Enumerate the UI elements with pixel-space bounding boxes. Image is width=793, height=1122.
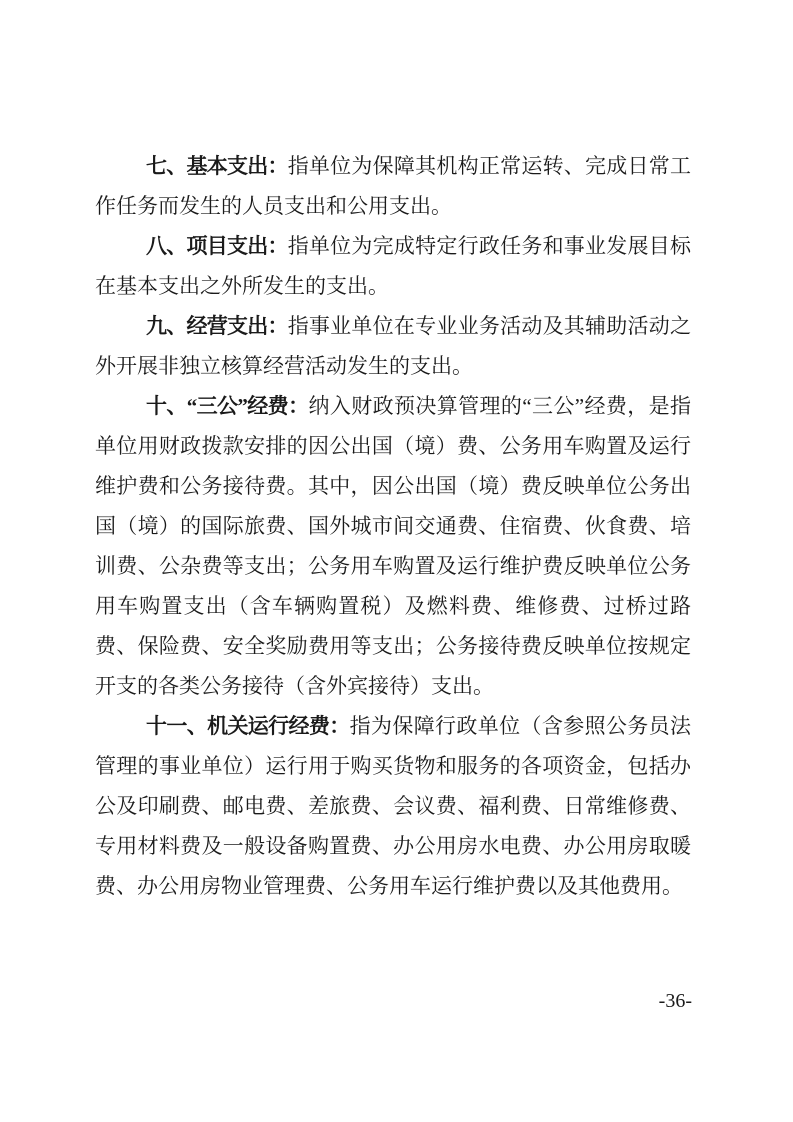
paragraph-heading: 八、项目支出： bbox=[146, 234, 288, 258]
paragraph-body: 指为保障行政单位（含参照公务员法管理的事业单位）运行用于购买货物和服务的各项资金… bbox=[95, 714, 691, 898]
document-page: 七、基本支出：指单位为保障其机构正常运转、完成日常工作任务而发生的人员支出和公用… bbox=[0, 0, 793, 1122]
paragraph-heading: 十一、机关运行经费： bbox=[146, 714, 350, 738]
paragraph-project-expenditure: 八、项目支出：指单位为完成特定行政任务和事业发展目标在基本支出之外所发生的支出。 bbox=[95, 226, 691, 306]
paragraph-basic-expenditure: 七、基本支出：指单位为保障其机构正常运转、完成日常工作任务而发生的人员支出和公用… bbox=[95, 146, 691, 226]
paragraph-heading: 九、经营支出： bbox=[146, 314, 288, 338]
document-body: 七、基本支出：指单位为保障其机构正常运转、完成日常工作任务而发生的人员支出和公用… bbox=[95, 146, 691, 906]
paragraph-three-public-funds: 十、“三公”经费：纳入财政预决算管理的“三公”经费，是指单位用财政拨款安排的因公… bbox=[95, 386, 691, 706]
paragraph-operating-expenditure: 九、经营支出：指事业单位在专业业务活动及其辅助活动之外开展非独立核算经营活动发生… bbox=[95, 306, 691, 386]
paragraph-heading: 七、基本支出： bbox=[146, 154, 288, 178]
page-number: -36- bbox=[659, 989, 692, 1013]
paragraph-heading: 十、“三公”经费： bbox=[146, 394, 308, 418]
paragraph-agency-operating-funds: 十一、机关运行经费：指为保障行政单位（含参照公务员法管理的事业单位）运行用于购买… bbox=[95, 706, 691, 906]
paragraph-body: 纳入财政预决算管理的“三公”经费，是指单位用财政拨款安排的因公出国（境）费、公务… bbox=[95, 394, 691, 698]
